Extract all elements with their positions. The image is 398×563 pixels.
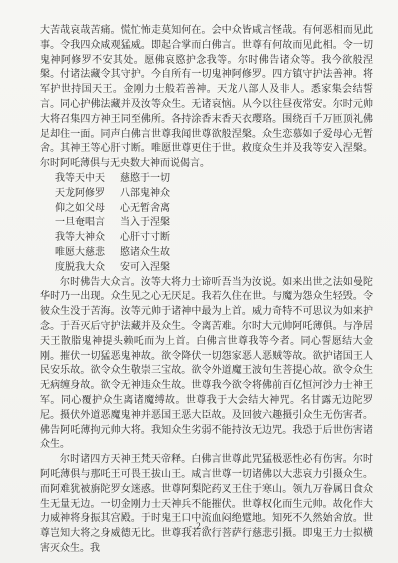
- verse-hemistich-right: 心肝寸寸断: [120, 231, 170, 246]
- verse-hemistich-left: 我等天中天: [55, 172, 105, 187]
- verse-line: 一旦奄唱言当入于涅槃: [55, 216, 373, 231]
- verse-hemistich-left: 仰之如父母: [55, 202, 105, 217]
- verse-hemistich-left: 唯愿大慈悲: [55, 246, 105, 261]
- page-number: - 2 -: [0, 521, 398, 531]
- verse-hemistich-right: 安可入涅槃: [120, 261, 170, 276]
- verse-line: 仰之如父母心无暂舍离: [55, 202, 373, 217]
- verse-line: 唯愿大慈悲愍诸众生故: [55, 246, 373, 261]
- verse-hemistich-left: 一旦奄唱言: [55, 216, 105, 231]
- verse-line: 我等天中天慈愍于一切: [55, 172, 373, 187]
- verse-block: 我等天中天慈愍于一切 天龙阿修罗八部鬼神众 仰之如父母心无暂舍离 一旦奄唱言当入…: [40, 172, 373, 276]
- verse-line: 度脱我大众安可入涅槃: [55, 261, 373, 276]
- text-block: 大苦哉哀哉苦痛。慌忙怖走莫知何在。会中众皆咸言怪哉。有何恶相而见此事。令我四众咸…: [40, 24, 373, 557]
- scanned-sutra-page: 大苦哉哀哉苦痛。慌忙怖走莫知何在。会中众皆咸言怪哉。有何恶相而见此事。令我四众咸…: [0, 0, 398, 563]
- verse-line: 天龙阿修罗八部鬼神众: [55, 187, 373, 202]
- verse-line: 我等大神众心肝寸寸断: [55, 231, 373, 246]
- verse-hemistich-right: 慈愍于一切: [120, 172, 170, 187]
- verse-hemistich-left: 度脱我大众: [55, 261, 105, 276]
- paragraph-2: 尔时佛告大众言。汝等大将力士谛听吾当为汝说。如来出世之法如曼陀华时乃一出现。众生…: [40, 276, 373, 454]
- paragraph-3: 尔时诸四方天神王梵天帝释。白佛言世尊此咒猛极恶性必有伤害。尔时阿吒薄俱与那吒王可…: [40, 453, 373, 557]
- verse-hemistich-right: 八部鬼神众: [120, 187, 170, 202]
- paragraph-1: 大苦哉哀哉苦痛。慌忙怖走莫知何在。会中众皆咸言怪哉。有何恶相而见此事。令我四众咸…: [40, 24, 373, 172]
- verse-hemistich-right: 心无暂舍离: [120, 202, 170, 217]
- verse-hemistich-right: 愍诸众生故: [120, 246, 170, 261]
- verse-hemistich-left: 我等大神众: [55, 231, 105, 246]
- verse-hemistich-right: 当入于涅槃: [120, 216, 170, 231]
- verse-hemistich-left: 天龙阿修罗: [55, 187, 105, 202]
